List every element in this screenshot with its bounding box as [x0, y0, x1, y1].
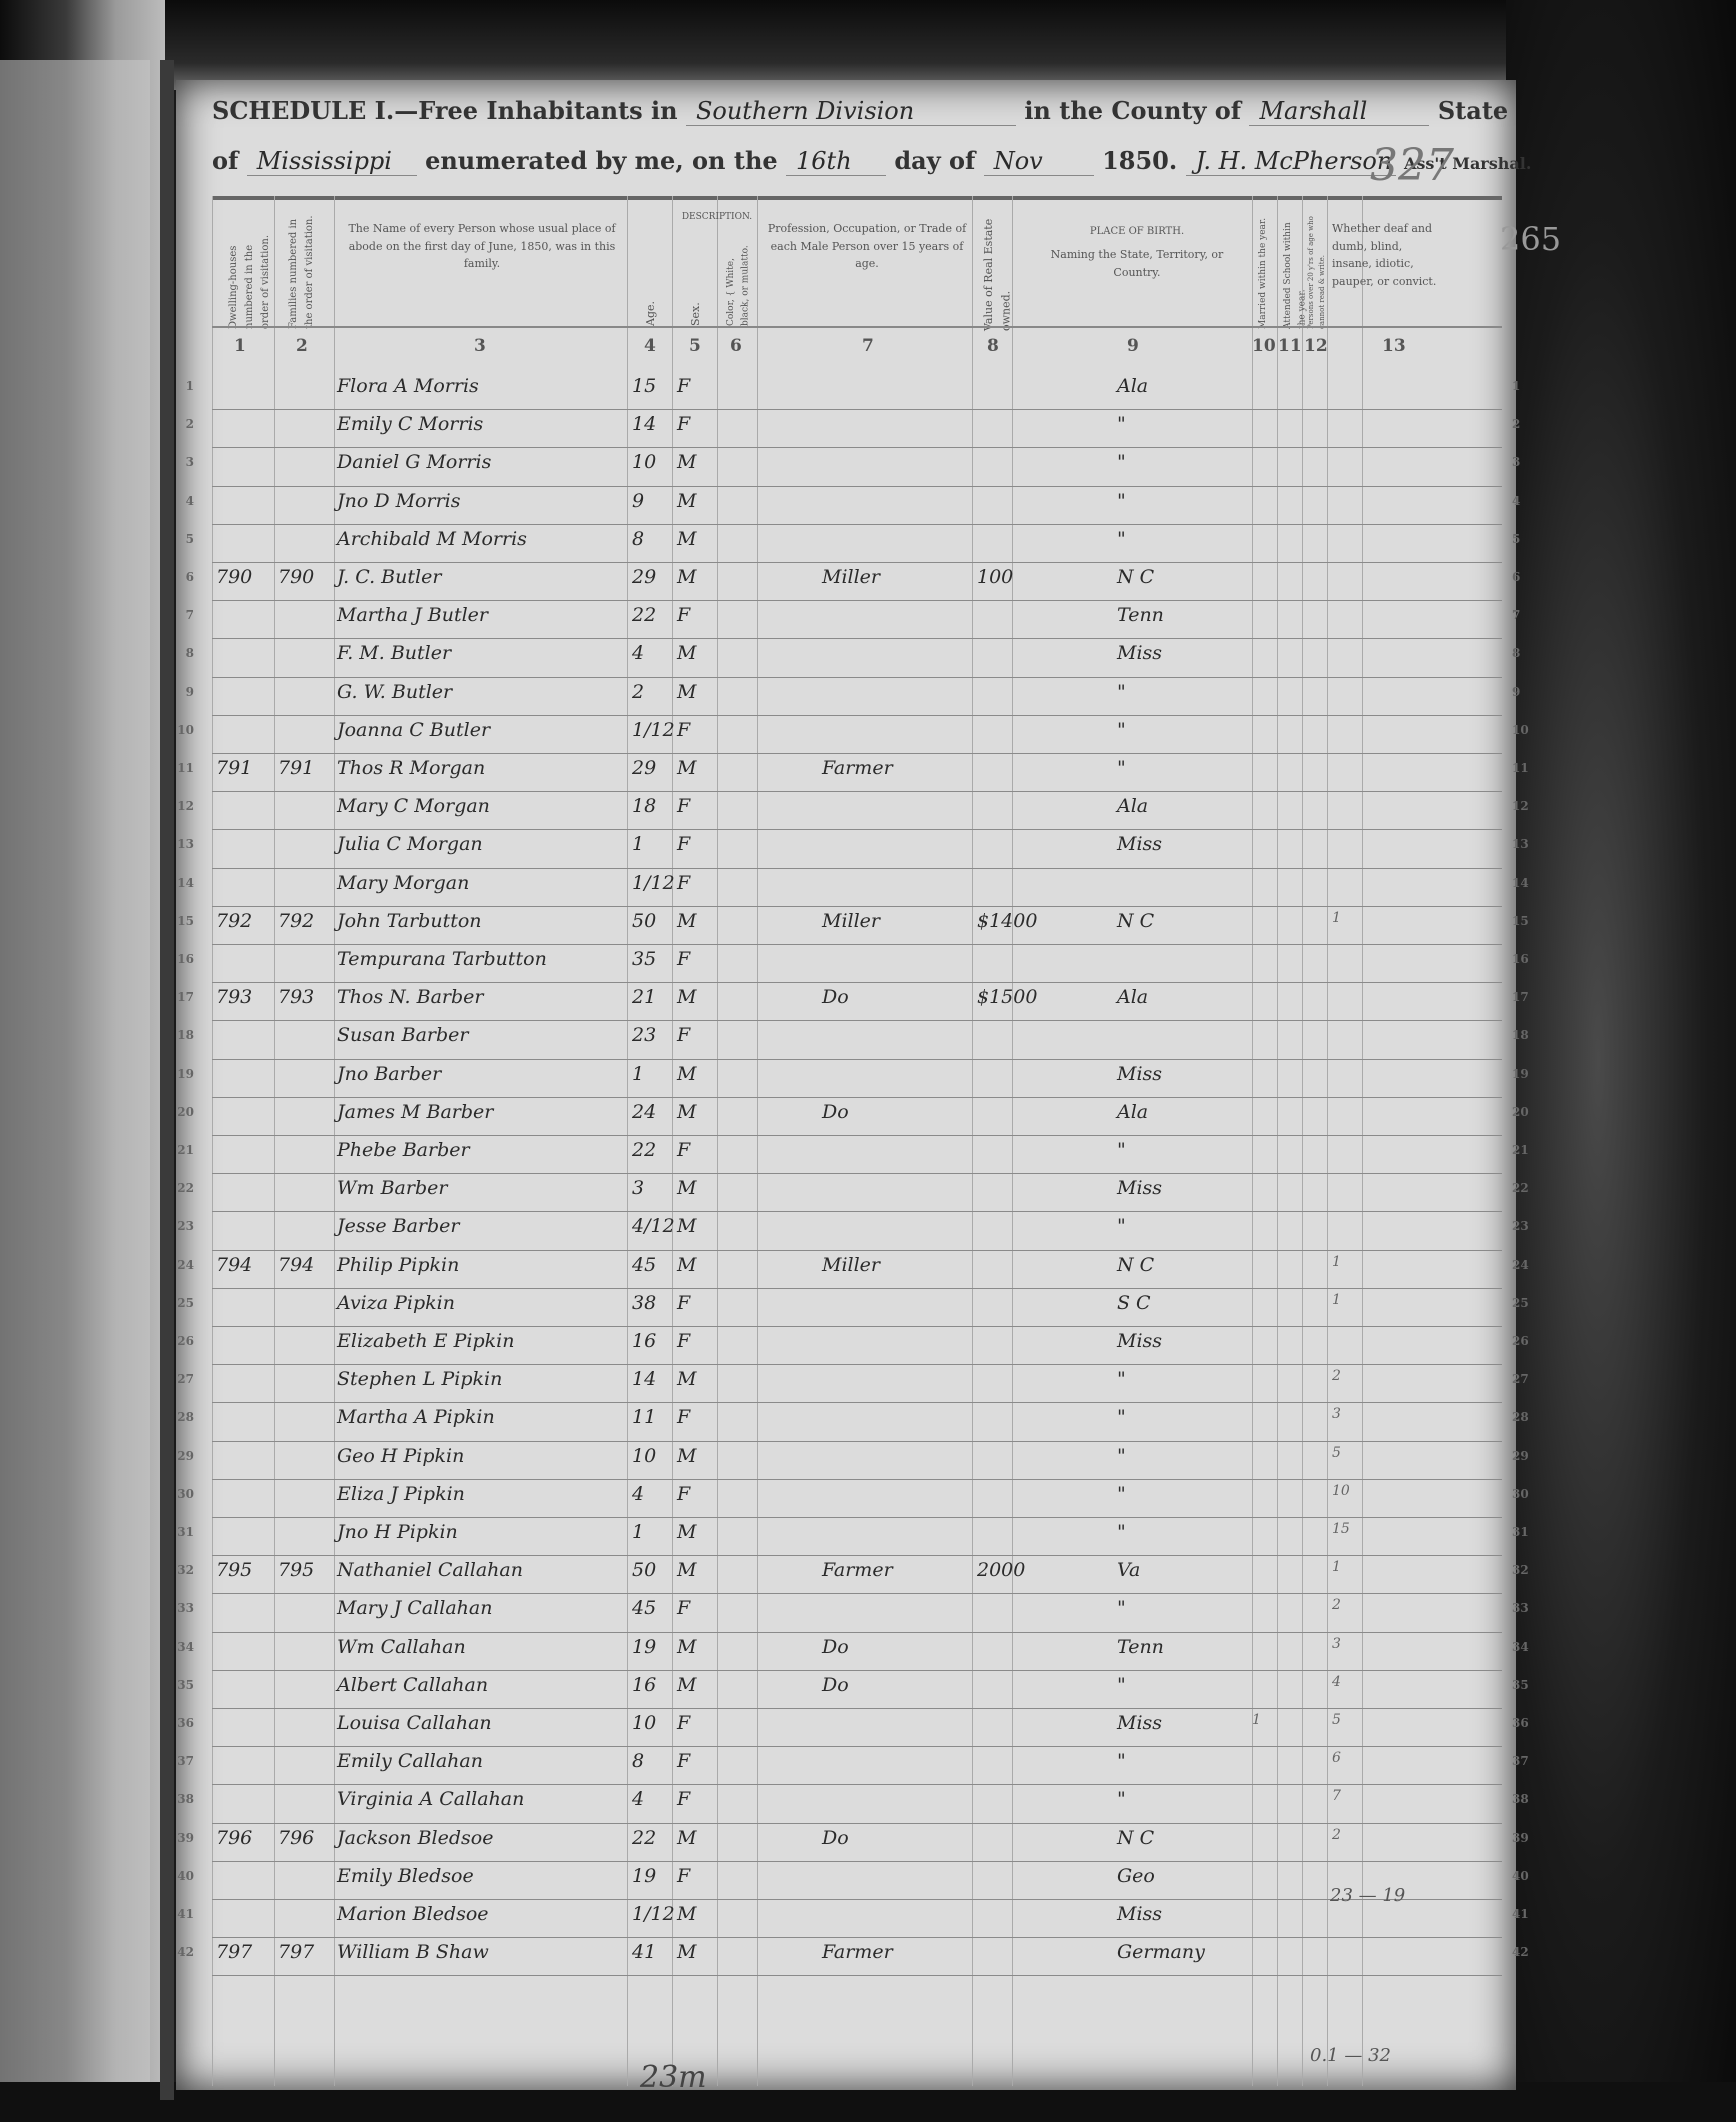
- line-number-right: 18: [1512, 1028, 1542, 1042]
- line-number-right: 39: [1512, 1831, 1542, 1845]
- col-number: 3: [474, 336, 486, 356]
- table-row: 23Jesse Barber4/12M"23: [212, 1211, 1502, 1250]
- table-row: 29Geo H Pipkin10M"529: [212, 1441, 1502, 1480]
- line-number: 25: [164, 1296, 194, 1310]
- schedule-label: SCHEDULE I.—Free Inhabitants in: [212, 96, 678, 125]
- line-number-right: 20: [1512, 1105, 1542, 1119]
- illiterate-tally: 10: [1332, 1483, 1352, 1499]
- person-occupation: Miller: [822, 910, 972, 932]
- place-of-birth: Tenn: [1117, 604, 1247, 626]
- person-name: Eliza J Pipkin: [337, 1483, 727, 1505]
- person-age: 18: [632, 795, 668, 817]
- line-number: 1: [164, 379, 194, 393]
- person-occupation: Do: [822, 986, 972, 1008]
- place-of-birth: Ala: [1117, 986, 1247, 1008]
- line-number-right: 28: [1512, 1410, 1542, 1424]
- place-of-birth: ": [1117, 490, 1247, 512]
- line-number-right: 41: [1512, 1907, 1542, 1921]
- place-of-birth: N C: [1117, 910, 1247, 932]
- person-occupation: Farmer: [822, 1559, 972, 1581]
- person-sex: M: [677, 528, 717, 550]
- person-age: 9: [632, 490, 668, 512]
- line-number-right: 6: [1512, 570, 1542, 584]
- line-number-right: 38: [1512, 1792, 1542, 1806]
- header-rule: [212, 196, 1502, 200]
- person-name: Martha A Pipkin: [337, 1406, 727, 1428]
- margin-note-tally: 23 — 19: [1330, 1885, 1405, 1906]
- table-row: 1Flora A Morris15FAla1: [212, 371, 1502, 410]
- dwelling-number: 792: [216, 910, 276, 932]
- person-name: Virginia A Callahan: [337, 1788, 727, 1810]
- line-number: 5: [164, 532, 194, 546]
- line-number: 4: [164, 494, 194, 508]
- county-label: in the County of: [1024, 96, 1241, 125]
- person-occupation: Farmer: [822, 1941, 972, 1963]
- line-number: 29: [164, 1449, 194, 1463]
- line-number-right: 15: [1512, 914, 1542, 928]
- table-row: 5Archibald M Morris8M"5: [212, 524, 1502, 563]
- person-age: 16: [632, 1674, 668, 1696]
- person-name: Jno Barber: [337, 1063, 727, 1085]
- header-line-1: SCHEDULE I.—Free Inhabitants in Southern…: [212, 96, 1508, 126]
- person-name: J. C. Butler: [337, 566, 727, 588]
- family-number: 790: [278, 566, 338, 588]
- line-number: 34: [164, 1640, 194, 1654]
- line-number: 2: [164, 417, 194, 431]
- place-of-birth: Ala: [1117, 1101, 1247, 1123]
- line-number-right: 19: [1512, 1067, 1542, 1081]
- table-row: 7Martha J Butler22FTenn7: [212, 600, 1502, 639]
- person-occupation: Do: [822, 1101, 972, 1123]
- line-number: 27: [164, 1372, 194, 1386]
- col-number: 13: [1382, 336, 1406, 356]
- col-number: 12: [1304, 336, 1328, 356]
- person-sex: M: [677, 1903, 717, 1925]
- person-sex: M: [677, 681, 717, 703]
- person-name: Julia C Morgan: [337, 833, 727, 855]
- col9-title: PLACE OF BIRTH.: [1032, 224, 1242, 240]
- place-of-birth: Tenn: [1117, 1636, 1247, 1658]
- family-number: 791: [278, 757, 338, 779]
- illiterate-tally: 5: [1332, 1712, 1352, 1728]
- line-number: 18: [164, 1028, 194, 1042]
- table-row: 40Emily Bledsoe19FGeo40: [212, 1861, 1502, 1900]
- year-label: 1850.: [1102, 146, 1177, 175]
- line-number-right: 34: [1512, 1640, 1542, 1654]
- person-name: Geo H Pipkin: [337, 1445, 727, 1467]
- line-number-right: 33: [1512, 1601, 1542, 1615]
- person-sex: F: [677, 1139, 717, 1161]
- table-row: 42797797William B Shaw41MFarmerGermany42: [212, 1937, 1502, 1976]
- dwelling-number: 795: [216, 1559, 276, 1581]
- person-name: Wm Barber: [337, 1177, 727, 1199]
- line-number: 37: [164, 1754, 194, 1768]
- line-number: 7: [164, 608, 194, 622]
- table-row: 4Jno D Morris9M"4: [212, 486, 1502, 525]
- line-number-right: 27: [1512, 1372, 1542, 1386]
- person-name: Aviza Pipkin: [337, 1292, 727, 1314]
- person-age: 16: [632, 1330, 668, 1352]
- illiterate-tally: 3: [1332, 1636, 1352, 1652]
- line-number-right: 7: [1512, 608, 1542, 622]
- person-age: 19: [632, 1636, 668, 1658]
- person-name: F. M. Butler: [337, 642, 727, 664]
- line-number-right: 4: [1512, 494, 1542, 508]
- place-of-birth: Miss: [1117, 642, 1247, 664]
- table-row: 6790790J. C. Butler29MMiller100N C6: [212, 562, 1502, 601]
- table-row: 24794794Philip Pipkin45MMillerN C124: [212, 1250, 1502, 1289]
- person-age: 1: [632, 833, 668, 855]
- dwelling-number: 797: [216, 1941, 276, 1963]
- illiterate-tally: 3: [1332, 1406, 1352, 1422]
- person-age: 4/12: [632, 1215, 668, 1237]
- marshal-name-field: J. H. McPherson: [1186, 147, 1396, 176]
- county-field: Marshall: [1249, 97, 1429, 126]
- header-divider: [212, 326, 1502, 328]
- table-row: 9G. W. Butler2M"9: [212, 677, 1502, 716]
- previous-page-strip: [0, 60, 150, 2100]
- col10-header: Married within the year.: [1256, 214, 1270, 329]
- place-of-birth: ": [1117, 1597, 1247, 1619]
- line-number: 33: [164, 1601, 194, 1615]
- place-of-birth: ": [1117, 1521, 1247, 1543]
- line-number: 40: [164, 1869, 194, 1883]
- real-estate-value: $1500: [977, 986, 1087, 1008]
- illiterate-tally: 15: [1332, 1521, 1352, 1537]
- place-of-birth: ": [1117, 719, 1247, 741]
- line-number-right: 24: [1512, 1258, 1542, 1272]
- line-number-right: 42: [1512, 1945, 1542, 1959]
- table-row: 35Albert Callahan16MDo"435: [212, 1670, 1502, 1709]
- person-name: G. W. Butler: [337, 681, 727, 703]
- col2-header: Families numbered in the order of visita…: [286, 214, 326, 329]
- col-number: 5: [689, 336, 701, 356]
- table-row: 3Daniel G Morris10M"3: [212, 447, 1502, 486]
- col-number: 10: [1252, 336, 1276, 356]
- family-number: 794: [278, 1254, 338, 1276]
- table-row: 31Jno H Pipkin1M"1531: [212, 1517, 1502, 1556]
- line-number: 35: [164, 1678, 194, 1692]
- person-occupation: Farmer: [822, 757, 972, 779]
- person-occupation: Miller: [822, 1254, 972, 1276]
- place-of-birth: N C: [1117, 566, 1247, 588]
- person-sex: M: [677, 1827, 717, 1849]
- place-of-birth: ": [1117, 451, 1247, 473]
- person-sex: F: [677, 719, 717, 741]
- line-number: 10: [164, 723, 194, 737]
- header-line-2: of Mississippi enumerated by me, on the …: [212, 146, 1531, 176]
- table-row: 2Emily C Morris14F"2: [212, 409, 1502, 448]
- person-name: Emily Bledsoe: [337, 1865, 727, 1887]
- real-estate-value: 100: [977, 566, 1087, 588]
- illiterate-tally: 4: [1332, 1674, 1352, 1690]
- line-number: 22: [164, 1181, 194, 1195]
- line-number-right: 30: [1512, 1487, 1542, 1501]
- person-age: 50: [632, 1559, 668, 1581]
- illiterate-tally: 5: [1332, 1445, 1352, 1461]
- person-sex: M: [677, 1445, 717, 1467]
- line-number: 32: [164, 1563, 194, 1577]
- person-sex: F: [677, 1483, 717, 1505]
- person-name: Emily Callahan: [337, 1750, 727, 1772]
- person-age: 29: [632, 566, 668, 588]
- person-age: 45: [632, 1597, 668, 1619]
- line-number-right: 5: [1512, 532, 1542, 546]
- table-row: 26Elizabeth E Pipkin16FMiss26: [212, 1326, 1502, 1365]
- illiterate-tally: 1: [1332, 1292, 1352, 1308]
- line-number: 30: [164, 1487, 194, 1501]
- person-age: 14: [632, 413, 668, 435]
- person-name: Daniel G Morris: [337, 451, 727, 473]
- table-row: 25Aviza Pipkin38FS C125: [212, 1288, 1502, 1327]
- person-name: Mary C Morgan: [337, 795, 727, 817]
- dwelling-number: 790: [216, 566, 276, 588]
- place-of-birth: N C: [1117, 1254, 1247, 1276]
- place-of-birth: ": [1117, 528, 1247, 550]
- person-age: 50: [632, 910, 668, 932]
- col1-header: Dwelling-houses numbered in the order of…: [226, 214, 266, 329]
- place-of-birth: ": [1117, 1215, 1247, 1237]
- table-row: 30Eliza J Pipkin4F"1030: [212, 1479, 1502, 1518]
- line-number-right: 17: [1512, 990, 1542, 1004]
- day-of-label: day of: [894, 146, 975, 175]
- place-of-birth: Miss: [1117, 1903, 1247, 1925]
- person-sex: F: [677, 1712, 717, 1734]
- person-sex: F: [677, 604, 717, 626]
- illiterate-tally: 1: [1332, 1559, 1352, 1575]
- line-number: 15: [164, 914, 194, 928]
- table-row: 16Tempurana Tarbutton35F16: [212, 944, 1502, 983]
- col-number: 6: [730, 336, 742, 356]
- person-age: 8: [632, 1750, 668, 1772]
- person-age: 10: [632, 1445, 668, 1467]
- place-of-birth: N C: [1117, 1827, 1247, 1849]
- line-number-right: 26: [1512, 1334, 1542, 1348]
- place-of-birth: Ala: [1117, 795, 1247, 817]
- person-sex: F: [677, 1292, 717, 1314]
- person-sex: M: [677, 910, 717, 932]
- person-age: 1: [632, 1063, 668, 1085]
- person-name: Phebe Barber: [337, 1139, 727, 1161]
- person-sex: M: [677, 1521, 717, 1543]
- person-age: 4: [632, 1788, 668, 1810]
- place-of-birth: ": [1117, 1139, 1247, 1161]
- col-number: 2: [296, 336, 308, 356]
- person-sex: F: [677, 413, 717, 435]
- scan-border-top: [0, 0, 1736, 90]
- person-name: Philip Pipkin: [337, 1254, 727, 1276]
- table-row: 28Martha A Pipkin11F"328: [212, 1402, 1502, 1441]
- line-number-right: 14: [1512, 876, 1542, 890]
- line-number: 24: [164, 1258, 194, 1272]
- person-name: Flora A Morris: [337, 375, 727, 397]
- person-sex: F: [677, 375, 717, 397]
- place-of-birth: ": [1117, 1788, 1247, 1810]
- family-number: 796: [278, 1827, 338, 1849]
- married-mark: 1: [1252, 1712, 1272, 1728]
- table-row: 12Mary C Morgan18FAla12: [212, 791, 1502, 830]
- person-age: 2: [632, 681, 668, 703]
- line-number-right: 13: [1512, 837, 1542, 851]
- person-name: William B Shaw: [337, 1941, 727, 1963]
- person-sex: M: [677, 757, 717, 779]
- table-row: 36Louisa Callahan10FMiss1536: [212, 1708, 1502, 1747]
- state-label: State: [1438, 96, 1508, 125]
- enumerated-label: enumerated by me, on the: [425, 146, 778, 175]
- col12-header: Persons over 20 y'rs of age who cannot r…: [1306, 214, 1328, 329]
- line-number: 42: [164, 1945, 194, 1959]
- person-name: Thos R Morgan: [337, 757, 727, 779]
- table-row: 10Joanna C Butler1/12F"10: [212, 715, 1502, 754]
- illiterate-tally: 2: [1332, 1597, 1352, 1613]
- place-of-birth: Miss: [1117, 1177, 1247, 1199]
- table-row: 27Stephen L Pipkin14M"227: [212, 1364, 1502, 1403]
- line-number: 20: [164, 1105, 194, 1119]
- place-of-birth: ": [1117, 1445, 1247, 1467]
- person-age: 29: [632, 757, 668, 779]
- person-sex: F: [677, 1865, 717, 1887]
- place-of-birth: Germany: [1117, 1941, 1247, 1963]
- line-number: 13: [164, 837, 194, 851]
- person-age: 21: [632, 986, 668, 1008]
- line-number: 26: [164, 1334, 194, 1348]
- person-name: Archibald M Morris: [337, 528, 727, 550]
- dwelling-number: 793: [216, 986, 276, 1008]
- division-field: Southern Division: [686, 97, 1016, 126]
- line-number-right: 8: [1512, 646, 1542, 660]
- real-estate-value: $1400: [977, 910, 1087, 932]
- person-sex: F: [677, 872, 717, 894]
- illiterate-tally: 1: [1332, 1254, 1352, 1270]
- person-sex: F: [677, 1406, 717, 1428]
- line-number-right: 25: [1512, 1296, 1542, 1310]
- col-number: 8: [987, 336, 999, 356]
- place-of-birth: ": [1117, 757, 1247, 779]
- state-field: Mississippi: [247, 147, 417, 176]
- table-row: 8F. M. Butler4MMiss8: [212, 638, 1502, 677]
- line-number-right: 3: [1512, 455, 1542, 469]
- place-of-birth: Ala: [1117, 375, 1247, 397]
- table-row: 22Wm Barber3MMiss22: [212, 1173, 1502, 1212]
- person-age: 38: [632, 1292, 668, 1314]
- person-name: Elizabeth E Pipkin: [337, 1330, 727, 1352]
- dwelling-number: 791: [216, 757, 276, 779]
- line-number-right: 21: [1512, 1143, 1542, 1157]
- person-name: Thos N. Barber: [337, 986, 727, 1008]
- col3-header: The Name of every Person whose usual pla…: [347, 220, 617, 273]
- person-age: 1/12: [632, 872, 668, 894]
- person-age: 1/12: [632, 719, 668, 741]
- person-sex: F: [677, 795, 717, 817]
- line-number-right: 37: [1512, 1754, 1542, 1768]
- table-row: 11791791Thos R Morgan29MFarmer"11: [212, 753, 1502, 792]
- col-number: 9: [1127, 336, 1139, 356]
- margin-note-bottom: 0.1 — 32: [1310, 2045, 1391, 2066]
- illiterate-tally: 2: [1332, 1368, 1352, 1384]
- person-sex: M: [677, 1063, 717, 1085]
- stamped-page-number: 265: [1500, 220, 1561, 258]
- table-row: 37Emily Callahan8F"637: [212, 1746, 1502, 1785]
- col7-header: Profession, Occupation, or Trade of each…: [767, 220, 967, 273]
- of-label: of: [212, 146, 238, 175]
- line-number: 31: [164, 1525, 194, 1539]
- person-name: Jno H Pipkin: [337, 1521, 727, 1543]
- line-number-right: 9: [1512, 685, 1542, 699]
- real-estate-value: 2000: [977, 1559, 1087, 1581]
- line-number-right: 29: [1512, 1449, 1542, 1463]
- col6-header: Color, { White, black, or mulatto.: [724, 236, 753, 326]
- person-name: Albert Callahan: [337, 1674, 727, 1696]
- person-name: John Tarbutton: [337, 910, 727, 932]
- col-number: 1: [234, 336, 246, 356]
- place-of-birth: Va: [1117, 1559, 1247, 1581]
- person-sex: M: [677, 1177, 717, 1199]
- illiterate-tally: 2: [1332, 1827, 1352, 1843]
- table-row: 39796796Jackson Bledsoe22MDoN C239: [212, 1823, 1502, 1862]
- place-of-birth: Miss: [1117, 833, 1247, 855]
- line-number-right: 23: [1512, 1219, 1542, 1233]
- person-sex: F: [677, 948, 717, 970]
- line-number: 9: [164, 685, 194, 699]
- place-of-birth: ": [1117, 1674, 1247, 1696]
- line-number: 11: [164, 761, 194, 775]
- month-field: Nov: [984, 147, 1094, 176]
- family-number: 797: [278, 1941, 338, 1963]
- person-sex: M: [677, 1941, 717, 1963]
- person-age: 10: [632, 1712, 668, 1734]
- person-occupation: Do: [822, 1636, 972, 1658]
- place-of-birth: S C: [1117, 1292, 1247, 1314]
- col8-header: Value of Real Estate owned.: [980, 216, 1015, 331]
- line-number: 38: [164, 1792, 194, 1806]
- illiterate-tally: 1: [1332, 910, 1352, 926]
- table-row: 19Jno Barber1MMiss19: [212, 1059, 1502, 1098]
- person-age: 8: [632, 528, 668, 550]
- dwelling-number: 796: [216, 1827, 276, 1849]
- person-name: Emily C Morris: [337, 413, 727, 435]
- line-number-right: 1: [1512, 379, 1542, 393]
- line-number-right: 22: [1512, 1181, 1542, 1195]
- person-age: 41: [632, 1941, 668, 1963]
- person-age: 11: [632, 1406, 668, 1428]
- person-name: Tempurana Tarbutton: [337, 948, 727, 970]
- line-number: 41: [164, 1907, 194, 1921]
- person-occupation: Do: [822, 1674, 972, 1696]
- place-of-birth: ": [1117, 1368, 1247, 1390]
- person-name: Stephen L Pipkin: [337, 1368, 727, 1390]
- col13-header: Whether deaf and dumb, blind, insane, id…: [1332, 220, 1442, 290]
- person-age: 45: [632, 1254, 668, 1276]
- person-age: 1/12: [632, 1903, 668, 1925]
- person-occupation: Do: [822, 1827, 972, 1849]
- line-number: 39: [164, 1831, 194, 1845]
- person-sex: M: [677, 566, 717, 588]
- table-row: 34Wm Callahan19MDoTenn334: [212, 1632, 1502, 1671]
- line-number-right: 36: [1512, 1716, 1542, 1730]
- person-name: Jackson Bledsoe: [337, 1827, 727, 1849]
- person-name: Wm Callahan: [337, 1636, 727, 1658]
- illiterate-tally: 7: [1332, 1788, 1352, 1804]
- person-name: Martha J Butler: [337, 604, 727, 626]
- person-age: 24: [632, 1101, 668, 1123]
- table-row: 20James M Barber24MDoAla20: [212, 1097, 1502, 1136]
- table-row: 13Julia C Morgan1FMiss13: [212, 829, 1502, 868]
- col-number: 11: [1278, 336, 1302, 356]
- person-age: 22: [632, 1827, 668, 1849]
- table-row: 14Mary Morgan1/12F14: [212, 868, 1502, 907]
- person-sex: F: [677, 1750, 717, 1772]
- person-sex: M: [677, 490, 717, 512]
